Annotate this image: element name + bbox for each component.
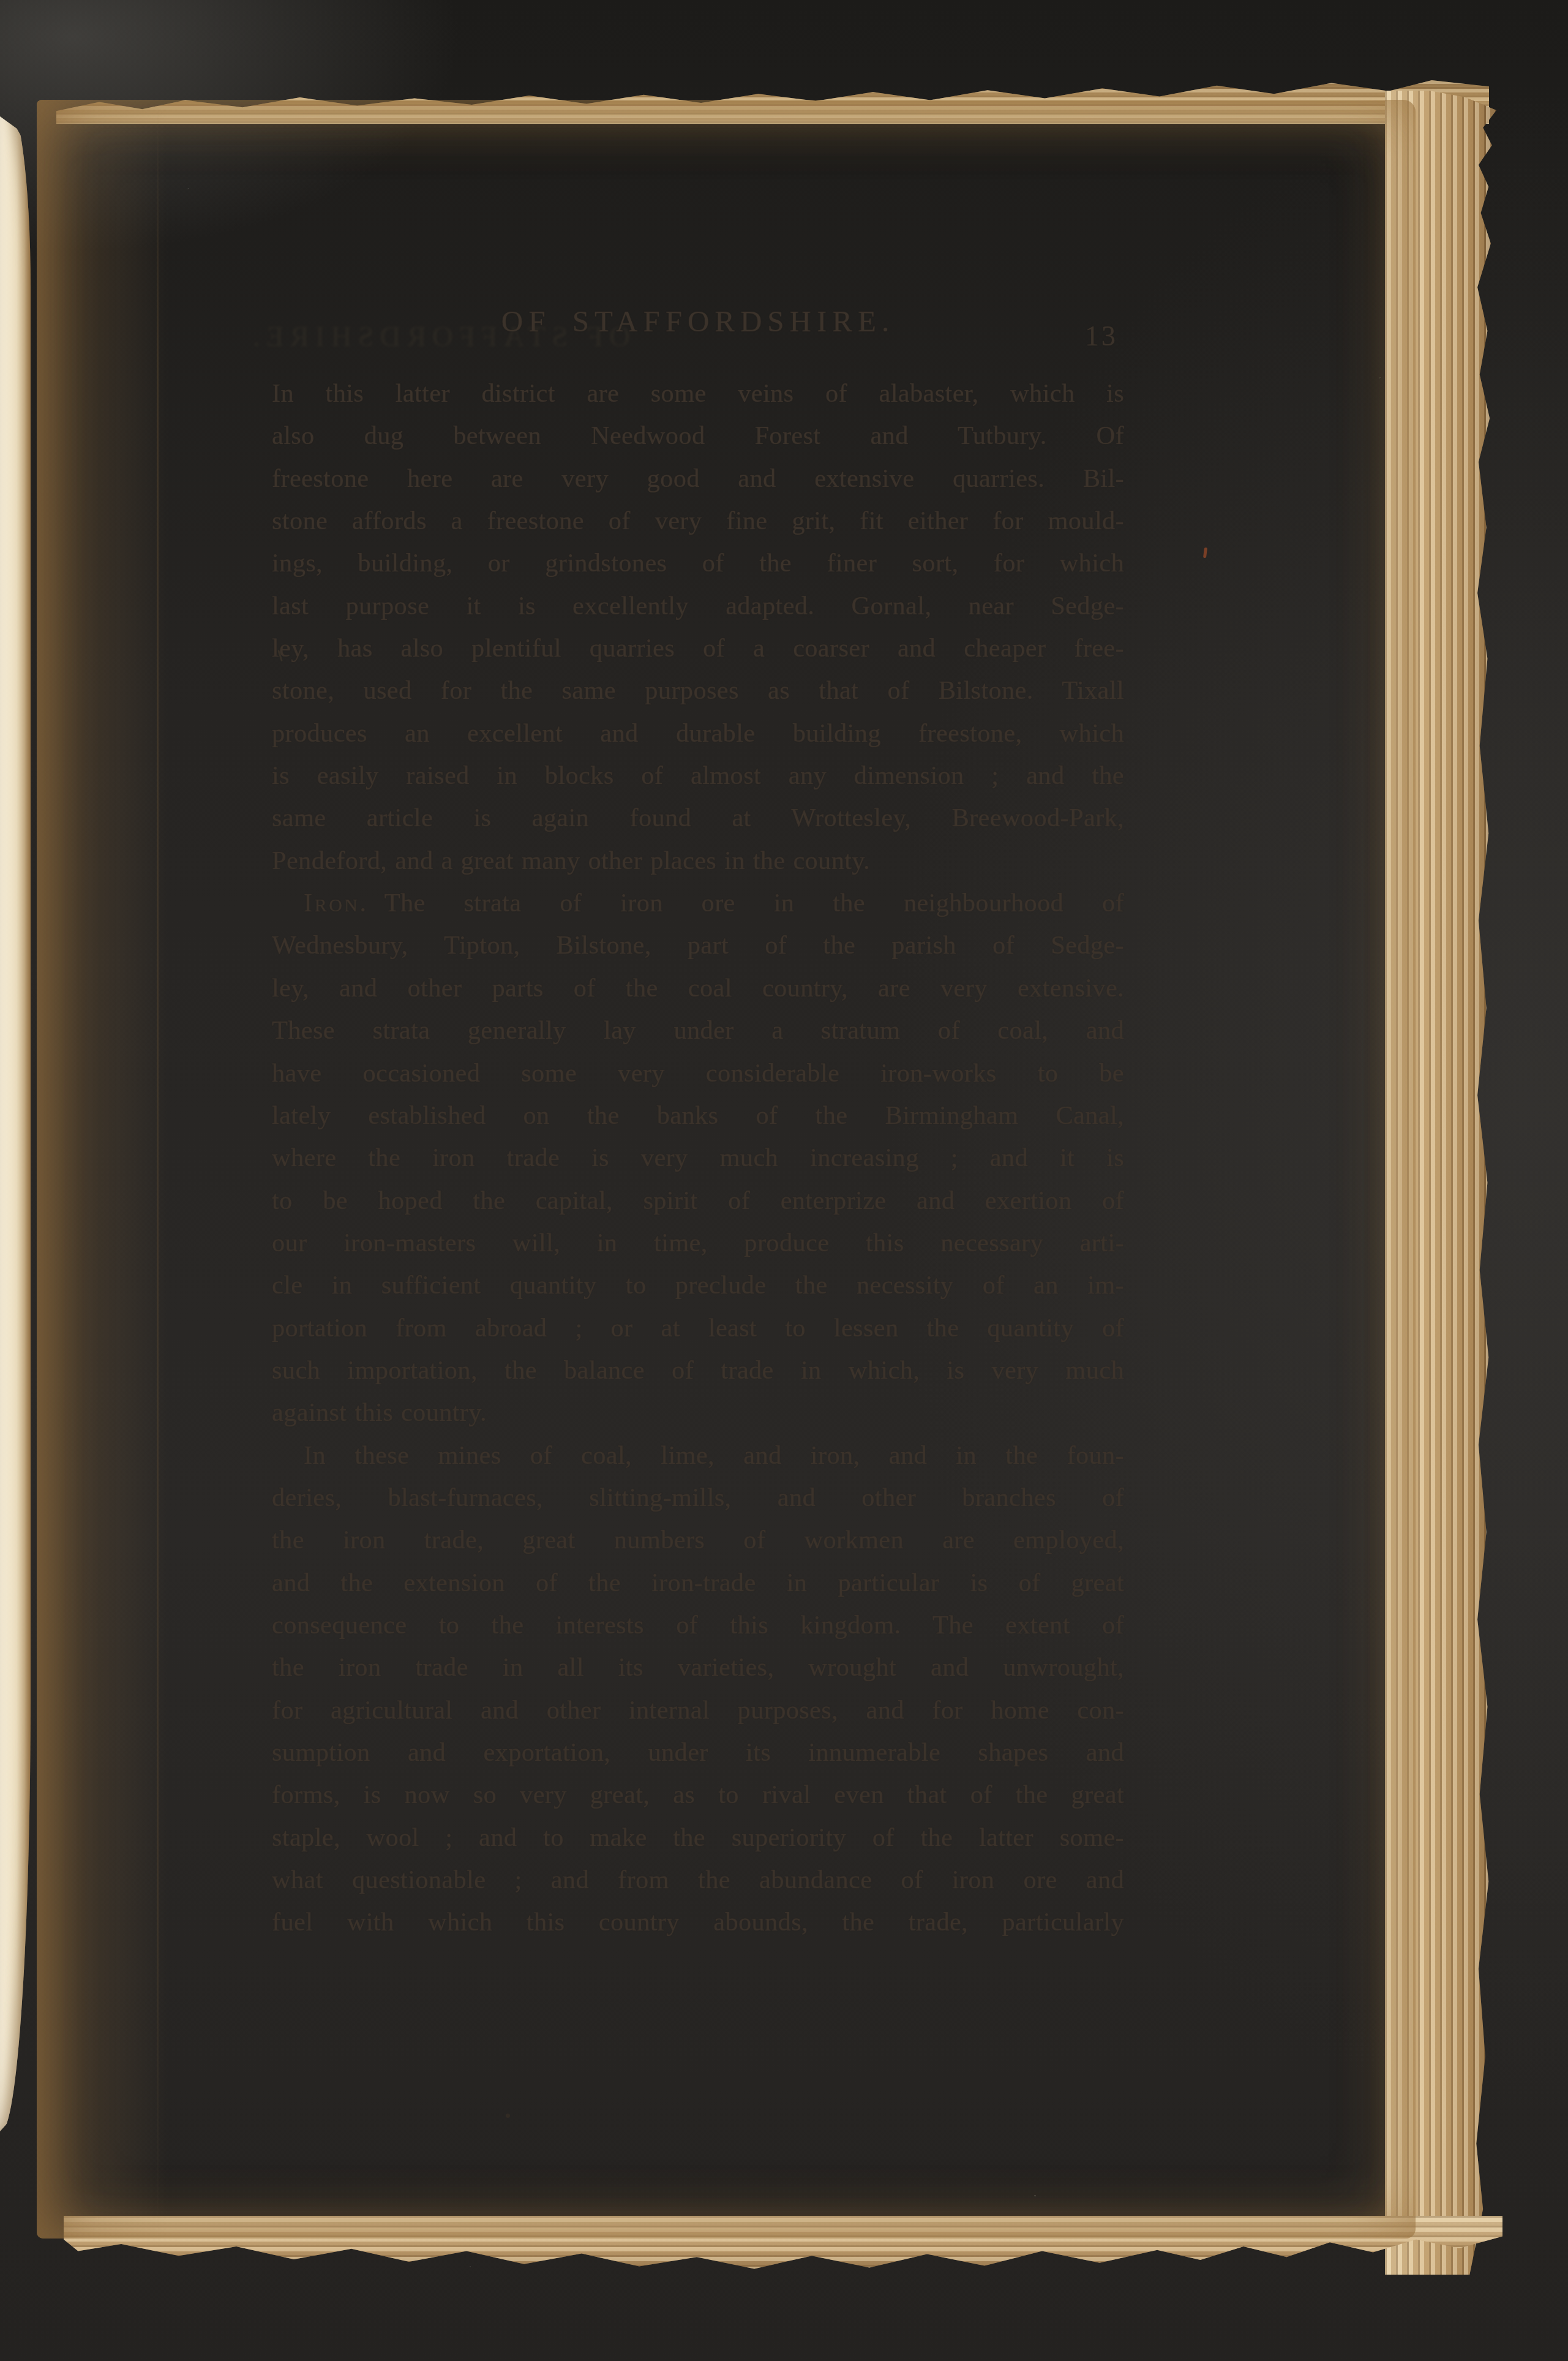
text-line: forms, is now so very great, as to rival… bbox=[272, 1774, 1124, 1816]
text-line: stone affords a freestone of very fine g… bbox=[272, 500, 1124, 542]
text-line: fuel with which this country abounds, th… bbox=[272, 1901, 1124, 1943]
text-line: the iron trade, great numbers of workmen… bbox=[272, 1519, 1124, 1561]
text-line: have occasioned some very considerable i… bbox=[272, 1052, 1124, 1094]
text-line: consequence to the interests of this kin… bbox=[272, 1604, 1124, 1646]
text-line: lately established on the banks of the B… bbox=[272, 1094, 1124, 1137]
text-line: ley, has also plentiful quarries of a co… bbox=[272, 627, 1124, 669]
text-line: is easily raised in blocks of almost any… bbox=[272, 755, 1124, 797]
text-line: In this latter district are some veins o… bbox=[272, 372, 1124, 415]
text-line: Iron.The strata of iron ore in the neigh… bbox=[272, 882, 1124, 924]
text-line: where the iron trade is very much increa… bbox=[272, 1137, 1124, 1179]
text-line: deries, blast-furnaces, slitting-mills, … bbox=[272, 1477, 1124, 1519]
text-line: Pendeford, and a great many other places… bbox=[272, 840, 1124, 882]
text-line: produces an excellent and durable buildi… bbox=[272, 712, 1124, 755]
text-line: also dug between Needwood Forest and Tut… bbox=[272, 415, 1124, 457]
body-text: In this latter district are some veins o… bbox=[272, 372, 1124, 1944]
small-caps-word: Iron. bbox=[304, 889, 369, 917]
ink-dot bbox=[506, 2114, 510, 2118]
text-line: to be hoped the capital, spirit of enter… bbox=[272, 1180, 1124, 1222]
book-page: OF STAFFORDSHIRE. OF STAFFORDSHIRE. 13 I… bbox=[37, 100, 1416, 2239]
text-line: the iron trade in all its varieties, wro… bbox=[272, 1646, 1124, 1689]
text-line: ley, and other parts of the coal country… bbox=[272, 967, 1124, 1009]
text-line: Wednesbury, Tipton, Bilstone, part of th… bbox=[272, 924, 1124, 966]
text-line: staple, wool ; and to make the superiori… bbox=[272, 1817, 1124, 1859]
text-line: These strata generally lay under a strat… bbox=[272, 1009, 1124, 1052]
facing-page-sliver bbox=[0, 92, 31, 2131]
text-line: what questionable ; and from the abundan… bbox=[272, 1859, 1124, 1901]
gutter-crease bbox=[157, 100, 159, 2239]
text-line: stone, used for the same purposes as tha… bbox=[272, 669, 1124, 712]
text-line: and the extension of the iron-trade in p… bbox=[272, 1562, 1124, 1604]
page-content: OF STAFFORDSHIRE. 13 In this latter dist… bbox=[272, 100, 1124, 2239]
page-number: 13 bbox=[1085, 320, 1118, 352]
text-line: sumption and exportation, under its innu… bbox=[272, 1731, 1124, 1774]
scanned-book-photo: OF STAFFORDSHIRE. OF STAFFORDSHIRE. 13 I… bbox=[0, 0, 1568, 2361]
text-line: against this country. bbox=[272, 1391, 1124, 1434]
text-line: for agricultural and other internal purp… bbox=[272, 1689, 1124, 1731]
text-line: such importation, the balance of trade i… bbox=[272, 1349, 1124, 1391]
ink-speck bbox=[1203, 548, 1207, 558]
text-line: same article is again found at Wrottesle… bbox=[272, 797, 1124, 839]
text-line: our iron-masters will, in time, produce … bbox=[272, 1222, 1124, 1264]
text-line: portation from abroad ; or at least to l… bbox=[272, 1307, 1124, 1349]
text-line: last purpose it is excellently adapted. … bbox=[272, 585, 1124, 627]
page-title: OF STAFFORDSHIRE. bbox=[272, 304, 1124, 339]
text-line: cle in sufficient quantity to preclude t… bbox=[272, 1264, 1124, 1306]
text-line: In these mines of coal, lime, and iron, … bbox=[272, 1434, 1124, 1477]
gutter-shadow bbox=[37, 100, 168, 2239]
text-line: freestone here are very good and extensi… bbox=[272, 458, 1124, 500]
text-line: ings, building, or grindstones of the fi… bbox=[272, 542, 1124, 584]
running-head: OF STAFFORDSHIRE. 13 bbox=[272, 304, 1124, 348]
